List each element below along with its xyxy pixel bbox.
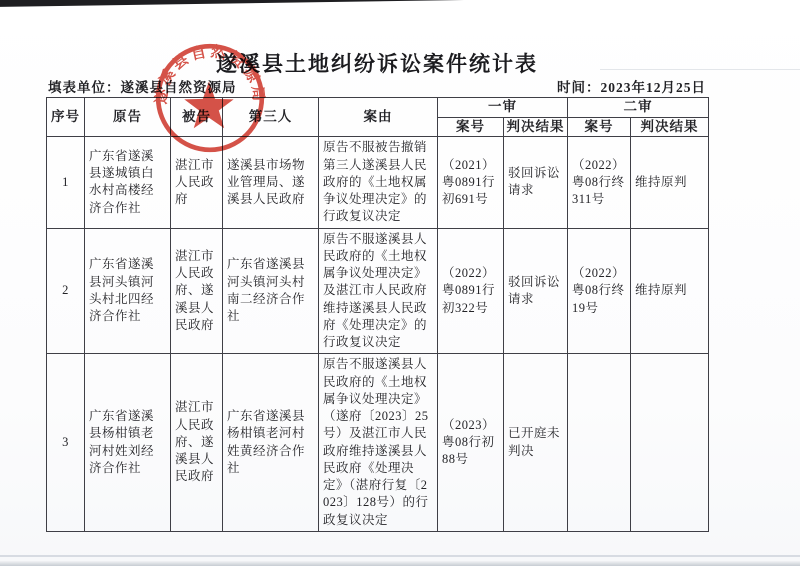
cell-second-judgment xyxy=(631,354,709,532)
header-defendant: 被告 xyxy=(171,98,223,137)
scan-line-bottom xyxy=(0,555,800,557)
cell-second-judgment: 维持原判 xyxy=(631,228,709,354)
cell-second-case-no xyxy=(568,354,631,532)
header-first-instance: 一审 xyxy=(438,98,568,118)
cell-cause: 原告不服被告撤销第三人遂溪县人民政府的《土地权属争议处理决定》的行政复议决定 xyxy=(319,137,438,228)
table-row: 1 广东省遂溪县遂城镇白水村高楼经济合作社 湛江市人民政府 遂溪县市场物业管理局… xyxy=(47,137,709,228)
cell-seq: 3 xyxy=(47,354,85,532)
cell-seq: 2 xyxy=(47,228,85,354)
header-second-case-no: 案号 xyxy=(568,117,631,137)
header-first-case-no: 案号 xyxy=(438,117,504,137)
cell-cause: 原告不服遂溪县人民政府的《土地权属争议处理决定》及湛江市人民政府维持遂溪县人民政… xyxy=(319,228,438,354)
cell-first-case-no: （2023）粤08行初88号 xyxy=(438,354,504,532)
case-statistics-table: 序号 原告 被告 第三人 案由 一审 二审 案号 判决结果 案号 判决结果 1 … xyxy=(46,97,709,532)
cell-defendant: 湛江市人民政府 xyxy=(171,137,223,228)
header-first-judgment: 判决结果 xyxy=(504,117,568,137)
document-title: 遂溪县土地纠纷诉讼案件统计表 xyxy=(46,48,708,78)
table-row: 3 广东省遂溪县杨柑镇老河村姓刘经济合作社 湛江市人民政府、遂溪县人民政府 广东… xyxy=(47,354,709,532)
cell-first-case-no: （2021）粤0891行初691号 xyxy=(438,137,504,228)
cell-defendant: 湛江市人民政府、遂溪县人民政府 xyxy=(171,228,223,354)
cell-seq: 1 xyxy=(47,137,85,228)
header-third-party: 第三人 xyxy=(223,98,319,137)
cell-plaintiff: 广东省遂溪县遂城镇白水村高楼经济合作社 xyxy=(85,137,171,228)
cell-plaintiff: 广东省遂溪县杨柑镇老河村姓刘经济合作社 xyxy=(85,354,171,532)
cell-cause: 原告不服遂溪县人民政府的《土地权属争议处理决定》（遂府〔2023〕25号）及湛江… xyxy=(319,354,438,532)
header-second-judgment: 判决结果 xyxy=(631,117,709,137)
cell-second-case-no: （2022）粤08行终311号 xyxy=(568,137,631,228)
cell-second-judgment: 维持原判 xyxy=(631,137,709,228)
header-seq: 序号 xyxy=(47,98,85,137)
header-cause: 案由 xyxy=(319,98,438,137)
scanned-page: 遂溪县土地纠纷诉讼案件统计表 填表单位：遂溪县自然资源局 时间：2023年12月… xyxy=(0,0,800,566)
cell-third-party: 广东省遂溪县河头镇河头村南二经济合作社 xyxy=(223,228,319,354)
scan-edge-bottom xyxy=(0,561,800,566)
meta-row: 填表单位：遂溪县自然资源局 时间：2023年12月25日 xyxy=(46,76,708,94)
scan-edge-top xyxy=(0,0,572,7)
form-unit-label: 填表单位：遂溪县自然资源局 xyxy=(48,76,237,96)
cell-first-case-no: （2022）粤0891行初322号 xyxy=(438,228,504,354)
cell-plaintiff: 广东省遂溪县河头镇河头村北四经济合作社 xyxy=(85,228,171,354)
header-second-instance: 二审 xyxy=(568,98,709,118)
table-row: 2 广东省遂溪县河头镇河头村北四经济合作社 湛江市人民政府、遂溪县人民政府 广东… xyxy=(47,228,709,354)
header-plaintiff: 原告 xyxy=(85,98,171,137)
cell-first-judgment: 驳回诉讼请求 xyxy=(504,228,568,354)
date-label: 时间：2023年12月25日 xyxy=(557,76,706,96)
cell-third-party: 遂溪县市场物业管理局、遂溪县人民政府 xyxy=(223,137,319,228)
cell-first-judgment: 驳回诉讼请求 xyxy=(504,137,568,228)
cell-third-party: 广东省遂溪县杨柑镇老河村姓黄经济合作社 xyxy=(223,354,319,532)
cell-defendant: 湛江市人民政府、遂溪县人民政府 xyxy=(171,354,223,532)
cell-second-case-no: （2022）粤08行终19号 xyxy=(568,228,631,354)
cell-first-judgment: 已开庭未判决 xyxy=(504,354,568,532)
